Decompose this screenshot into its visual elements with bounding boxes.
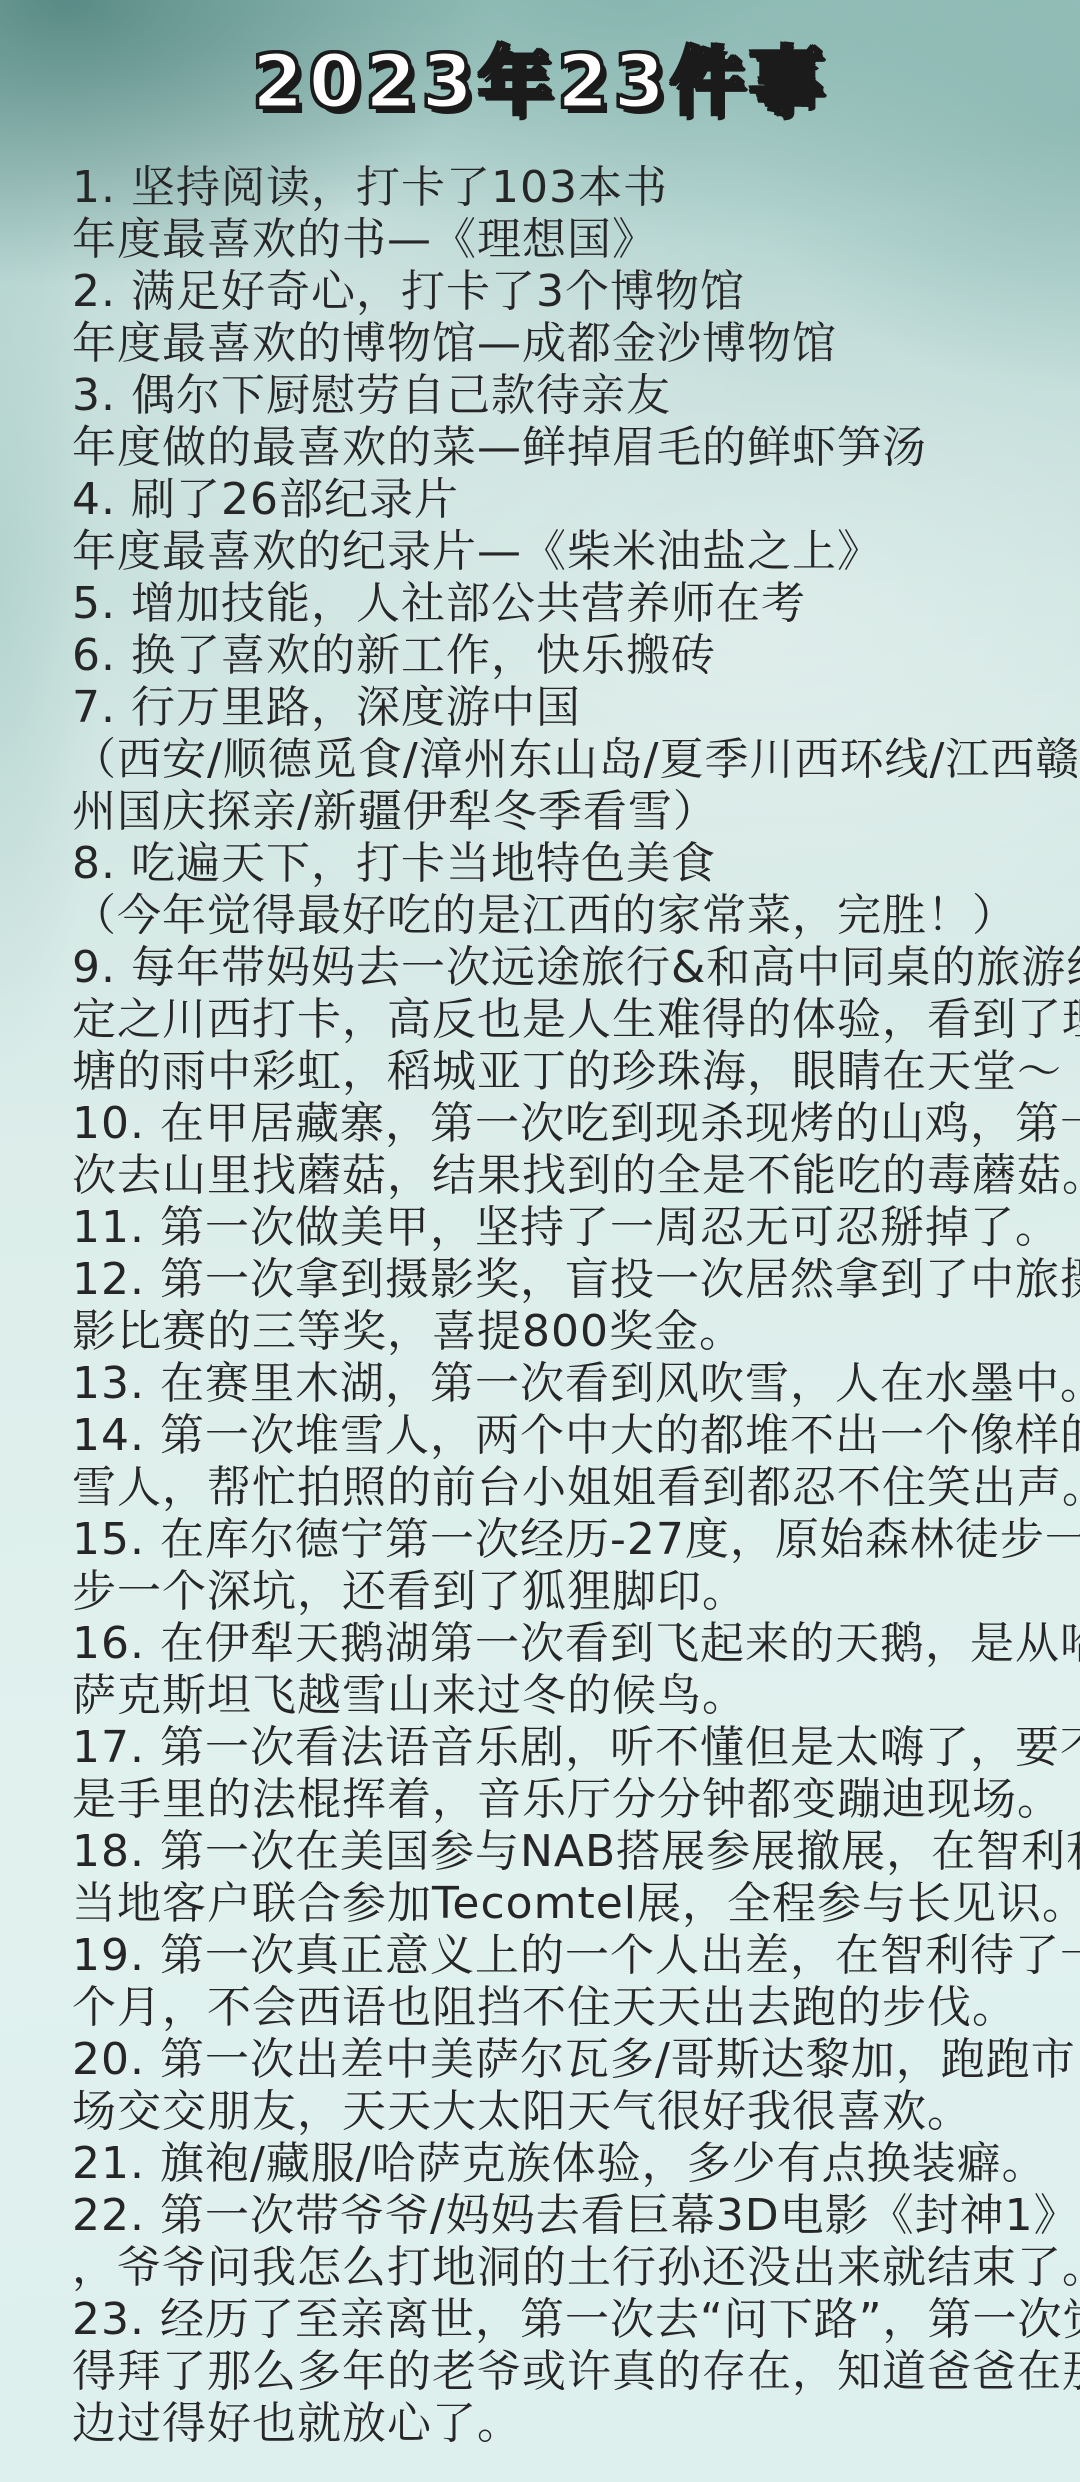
text-line: 萨克斯坦飞越雪山来过冬的候鸟。 — [72, 1670, 1052, 1722]
text-line: 年度最喜欢的纪录片—《柴米油盐之上》 — [72, 526, 1052, 578]
text-line: 16. 在伊犁天鹅湖第一次看到飞起来的天鹅，是从哈 — [72, 1618, 1052, 1670]
text-line: 3. 偶尔下厨慰劳自己款待亲友 — [72, 370, 1052, 422]
text-line: 13. 在赛里木湖，第一次看到风吹雪，人在水墨中。 — [72, 1358, 1052, 1410]
text-line: 11. 第一次做美甲，坚持了一周忍无可忍掰掉了。 — [72, 1202, 1052, 1254]
text-line: 12. 第一次拿到摄影奖，盲投一次居然拿到了中旅摄 — [72, 1254, 1052, 1306]
text-line: 14. 第一次堆雪人，两个中大的都堆不出一个像样的 — [72, 1410, 1052, 1462]
text-line: （西安/顺德觅食/漳州东山岛/夏季川西环线/江西赣 — [72, 734, 1052, 786]
page-title: 2023年23件事 — [0, 0, 1080, 122]
text-line: 8. 吃遍天下，打卡当地特色美食 — [72, 838, 1052, 890]
text-line: 1. 坚持阅读，打卡了103本书 — [72, 162, 1052, 214]
text-line: 7. 行万里路，深度游中国 — [72, 682, 1052, 734]
text-line: 雪人，帮忙拍照的前台小姐姐看到都忍不住笑出声。 — [72, 1462, 1052, 1514]
text-line: 9. 每年带妈妈去一次远途旅行&和高中同桌的旅游约 — [72, 942, 1052, 994]
text-line: 17. 第一次看法语音乐剧，听不懂但是太嗨了，要不 — [72, 1722, 1052, 1774]
text-line: 18. 第一次在美国参与NAB搭展参展撤展，在智利和 — [72, 1826, 1052, 1878]
text-line: 20. 第一次出差中美萨尔瓦多/哥斯达黎加，跑跑市 — [72, 2034, 1052, 2086]
text-line: 10. 在甲居藏寨，第一次吃到现杀现烤的山鸡，第一 — [72, 1098, 1052, 1150]
text-line: 定之川西打卡，高反也是人生难得的体验，看到了理 — [72, 994, 1052, 1046]
text-line: 是手里的法棍挥着，音乐厅分分钟都变蹦迪现场。 — [72, 1774, 1052, 1826]
text-line: 州国庆探亲/新疆伊犁冬季看雪） — [72, 786, 1052, 838]
text-line: 6. 换了喜欢的新工作，快乐搬砖 — [72, 630, 1052, 682]
text-line: 当地客户联合参加Tecomtel展，全程参与长见识。 — [72, 1878, 1052, 1930]
text-line: 年度最喜欢的博物馆—成都金沙博物馆 — [72, 318, 1052, 370]
text-line: 边过得好也就放心了。 — [72, 2398, 1052, 2450]
text-line: 5. 增加技能，人社部公共营养师在考 — [72, 578, 1052, 630]
text-line: 21. 旗袍/藏服/哈萨克族体验，多少有点换装癖。 — [72, 2138, 1052, 2190]
text-line: 年度最喜欢的书—《理想国》 — [72, 214, 1052, 266]
text-line: 塘的雨中彩虹，稻城亚丁的珍珠海，眼睛在天堂～ — [72, 1046, 1052, 1098]
text-line: 步一个深坑，还看到了狐狸脚印。 — [72, 1566, 1052, 1618]
text-line: 2. 满足好奇心，打卡了3个博物馆 — [72, 266, 1052, 318]
text-line: 年度做的最喜欢的菜—鲜掉眉毛的鲜虾笋汤 — [72, 422, 1052, 474]
text-line: ，爷爷问我怎么打地洞的土行孙还没出来就结束了。 — [72, 2242, 1052, 2294]
text-line: 22. 第一次带爷爷/妈妈去看巨幕3D电影《封神1》 — [72, 2190, 1052, 2242]
text-line: 15. 在库尔德宁第一次经历-27度，原始森林徒步一 — [72, 1514, 1052, 1566]
text-line: 场交交朋友，天天大太阳天气很好我很喜欢。 — [72, 2086, 1052, 2138]
text-line: 次去山里找蘑菇，结果找到的全是不能吃的毒蘑菇。 — [72, 1150, 1052, 1202]
text-line: 个月，不会西语也阻挡不住天天出去跑的步伐。 — [72, 1982, 1052, 2034]
text-line: 19. 第一次真正意义上的一个人出差，在智利待了一 — [72, 1930, 1052, 1982]
text-line: （今年觉得最好吃的是江西的家常菜，完胜！） — [72, 890, 1052, 942]
body-text: 1. 坚持阅读，打卡了103本书年度最喜欢的书—《理想国》2. 满足好奇心，打卡… — [0, 162, 1080, 2450]
text-line: 23. 经历了至亲离世，第一次去“问下路”，第一次觉 — [72, 2294, 1052, 2346]
text-line: 得拜了那么多年的老爷或许真的存在，知道爸爸在那 — [72, 2346, 1052, 2398]
page-background: 2023年23件事 1. 坚持阅读，打卡了103本书年度最喜欢的书—《理想国》2… — [0, 0, 1080, 2482]
text-line: 4. 刷了26部纪录片 — [72, 474, 1052, 526]
text-line: 影比赛的三等奖，喜提800奖金。 — [72, 1306, 1052, 1358]
